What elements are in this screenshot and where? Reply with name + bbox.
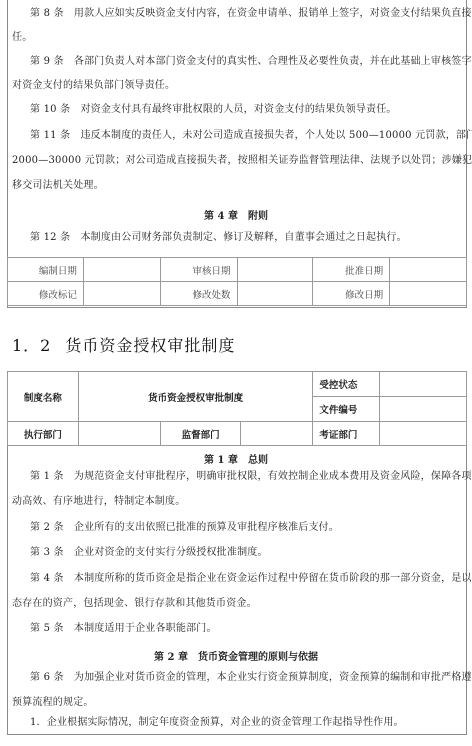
revision-meta-table: 编制日期 审核日期 批准日期 修改标记 修改处数 修改日期	[7, 257, 467, 306]
article-number: 第 2 条	[30, 522, 64, 533]
article-text: 对资金支付具有最终审批权限的人员，对资金支付的结果负领导责任。	[80, 104, 396, 115]
doc-number-value	[380, 397, 467, 422]
chapter-1-heading: 第 1 章 总则	[0, 451, 472, 466]
article-9-line1: 第 9 条 各部门负责人对本部门资金支付的真实性、合理性及必要性负责，并在此基础…	[30, 56, 472, 68]
revision-date-value	[390, 282, 467, 306]
article-4-line2: 态存在的资产，包括现金、银行存款和其他货币资金。	[12, 598, 257, 610]
table-row: 编制日期 审核日期 批准日期	[8, 258, 467, 282]
controlled-status-value	[380, 372, 467, 397]
article-text: 企业所有的支出依照已批准的预算及审批程序核准后支付。	[74, 522, 339, 533]
article-text: 为规范资金支付审批程序，明确审批权限，有效控制企业成本费用及资金风险，保障各项经…	[74, 471, 472, 482]
verify-dept-label: 考证部门	[313, 422, 380, 446]
supervise-dept-label: 监督部门	[160, 422, 241, 446]
article-4-line1: 第 4 条 本制度所称的货币资金是指企业在资金运作过程中停留在货币阶段的那一部分…	[30, 573, 472, 585]
article-number: 第 9 条	[30, 56, 64, 67]
article-text: 各部门负责人对本部门资金支付的真实性、合理性及必要性负责，并在此基础上审核签字，	[74, 56, 472, 67]
article-text: 用款人应如实反映资金支付内容，在资金申请单、报销单上签字，对资金支付结果负直接责	[74, 8, 472, 19]
policy-name-value: 货币资金授权审批制度	[78, 372, 312, 422]
article-number: 第 1 条	[30, 471, 64, 482]
article-6-line2: 预算流程的规定。	[12, 697, 94, 709]
article-9-line2: 对资金支付的结果负部门领导责任。	[12, 80, 175, 92]
article-3: 第 3 条 企业对资金的支付实行分级授权批准制度。	[30, 547, 268, 559]
article-number: 第 6 条	[30, 672, 64, 683]
article-number: 第 3 条	[30, 547, 64, 558]
chapter-2-heading: 第 2 章 货币资金管理的原则与依据	[0, 648, 472, 663]
article-10: 第 10 条 对资金支付具有最终审批权限的人员，对资金支付的结果负领导责任。	[30, 104, 397, 116]
article-11-line3: 移交司法机关处理。	[12, 180, 104, 192]
compile-date-value	[83, 258, 160, 282]
policy-header-table: 制度名称 货币资金授权审批制度 受控状态 文件编号 执行部门 监督部门 考证部门	[7, 371, 467, 446]
section-heading: 1．2货币资金授权审批制度	[12, 333, 235, 356]
article-text: 本制度所称的货币资金是指企业在资金运作过程中停留在货币阶段的那一部分资金，是以货…	[74, 573, 472, 584]
controlled-status-label: 受控状态	[313, 372, 380, 397]
section-title: 货币资金授权审批制度	[65, 336, 235, 355]
article-number: 第 4 条	[30, 573, 64, 584]
exec-dept-label: 执行部门	[8, 422, 79, 446]
article-2: 第 2 条 企业所有的支出依照已批准的预算及审批程序核准后支付。	[30, 522, 339, 534]
article-number: 第 8 条	[30, 8, 64, 19]
article-text: 违反本制度的责任人，未对公司造成直接损失者，个人处以 500—10000 元罚款…	[80, 130, 472, 141]
article-8-line2: 任。	[12, 32, 32, 44]
article-8-line1: 第 8 条 用款人应如实反映资金支付内容，在资金申请单、报销单上签字，对资金支付…	[30, 8, 472, 20]
revision-mark-value	[83, 282, 160, 306]
article-5: 第 5 条 本制度适用于企业各职能部门。	[30, 623, 217, 635]
approval-date-value	[390, 258, 467, 282]
revision-date-label: 修改日期	[313, 282, 390, 306]
revision-count-value	[237, 282, 313, 306]
article-number: 第 12 条	[30, 232, 70, 243]
article-6-line1: 第 6 条 为加强企业对货币资金的管理，本企业实行资金预算制度，资金预算的编制和…	[30, 672, 472, 684]
revision-mark-label: 修改标记	[8, 282, 84, 306]
article-text: 企业对资金的支付实行分级授权批准制度。	[74, 547, 268, 558]
article-number: 第 5 条	[30, 623, 64, 634]
article-number: 第 10 条	[30, 104, 70, 115]
article-11-line1: 第 11 条 违反本制度的责任人，未对公司造成直接损失者，个人处以 500—10…	[30, 130, 472, 142]
article-number: 第 11 条	[30, 130, 70, 141]
revision-count-label: 修改处数	[160, 282, 237, 306]
article-11-line2: 2000—30000 元罚款；对公司造成直接损失者，按照相关证券监督管理法律、法…	[12, 155, 472, 167]
table-row: 执行部门 监督部门 考证部门	[8, 422, 467, 446]
review-date-value	[237, 258, 313, 282]
exec-dept-value	[78, 422, 160, 446]
section-number: 1．2	[12, 336, 51, 355]
verify-dept-value	[380, 422, 467, 446]
compile-date-label: 编制日期	[8, 258, 84, 282]
approval-date-label: 批准日期	[313, 258, 390, 282]
article-1-line2: 动高效、有序地进行，特制定本制度。	[12, 496, 185, 508]
supervise-dept-value	[241, 422, 313, 446]
chapter-4-heading: 第 4 章 附则	[0, 207, 472, 222]
article-text: 本制度由公司财务部负责制定、修订及解释，自董事会通过之日起执行。	[80, 232, 406, 243]
article-text: 本制度适用于企业各职能部门。	[74, 623, 217, 634]
review-date-label: 审核日期	[160, 258, 237, 282]
table-row: 制度名称 货币资金授权审批制度 受控状态	[8, 372, 467, 397]
table-row: 修改标记 修改处数 修改日期	[8, 282, 467, 306]
article-1-line1: 第 1 条 为规范资金支付审批程序，明确审批权限，有效控制企业成本费用及资金风险…	[30, 471, 472, 483]
article-12: 第 12 条 本制度由公司财务部负责制定、修订及解释，自董事会通过之日起执行。	[30, 232, 407, 244]
policy-name-label: 制度名称	[8, 372, 79, 422]
article-text: 为加强企业对货币资金的管理，本企业实行资金预算制度，资金预算的编制和审批严格遵循…	[74, 672, 472, 683]
doc-number-label: 文件编号	[313, 397, 380, 422]
list-item-1: 1．企业根据实际情况，制定年度资金预算，对企业的资金管理工作起指导性作用。	[30, 717, 404, 729]
